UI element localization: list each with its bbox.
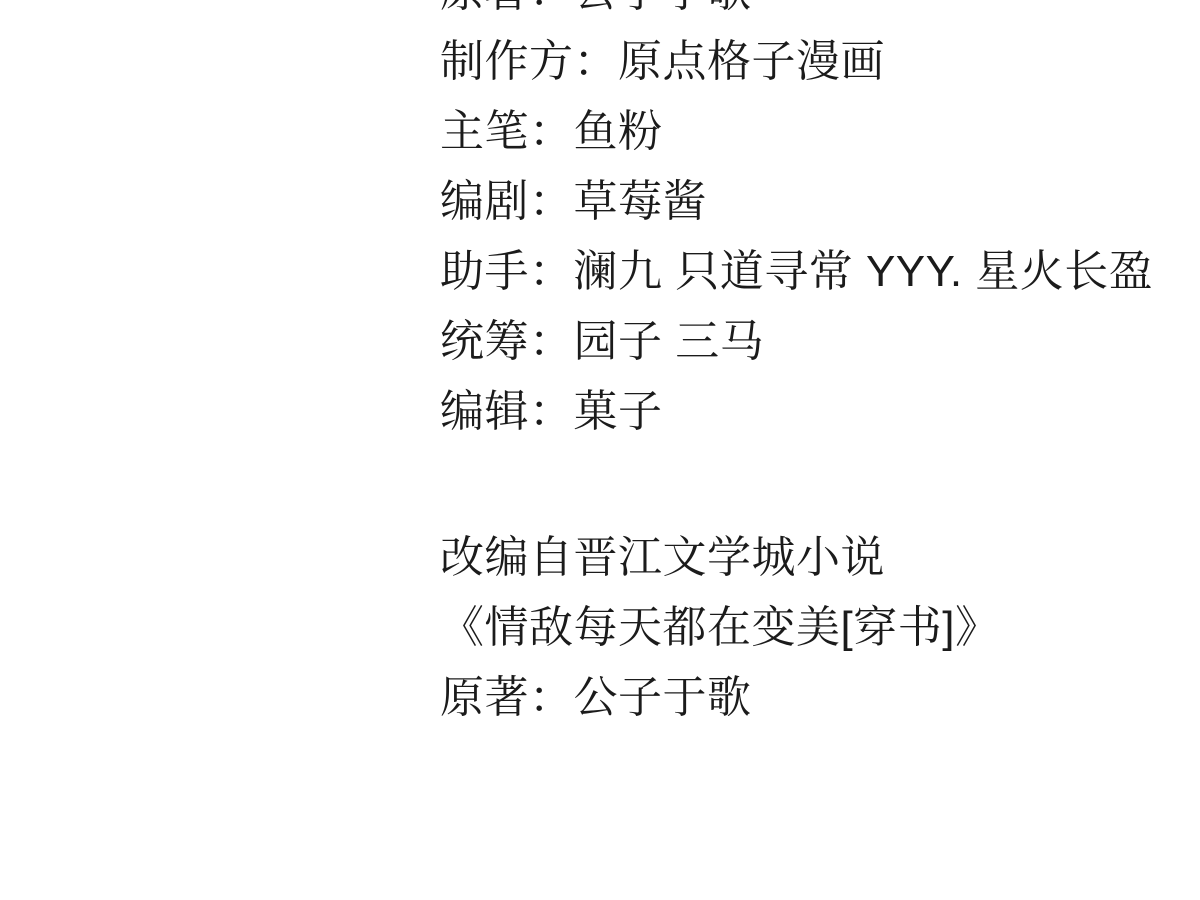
- adaptation-title-line: 《情敌每天都在变美[穿书]》: [440, 593, 999, 663]
- comic-credits-page: 原著：公子于歌 制作方：原点格子漫画 主笔：鱼粉 编剧：草莓酱 助手：澜九 只道…: [0, 0, 1200, 900]
- credit-line-editor: 编辑：菓子: [440, 377, 1153, 447]
- credit-line-lead-artist: 主笔：鱼粉: [440, 97, 1153, 167]
- credit-line-assistants: 助手：澜九 只道寻常 YYY. 星火长盈: [440, 237, 1153, 307]
- credit-line-production: 制作方：原点格子漫画: [440, 27, 1153, 97]
- adaptation-author-line: 原著：公子于歌: [440, 663, 999, 733]
- credit-line-coordinators: 统筹：园子 三马: [440, 307, 1153, 377]
- credit-line-original-author-clipped: 原著：公子于歌: [440, 0, 1153, 27]
- credit-line-screenwriter: 编剧：草莓酱: [440, 167, 1153, 237]
- credits-block: 原著：公子于歌 制作方：原点格子漫画 主笔：鱼粉 编剧：草莓酱 助手：澜九 只道…: [440, 0, 1153, 447]
- adaptation-block: 改编自晋江文学城小说 《情敌每天都在变美[穿书]》 原著：公子于歌: [440, 523, 999, 733]
- adaptation-source-line: 改编自晋江文学城小说: [440, 523, 999, 593]
